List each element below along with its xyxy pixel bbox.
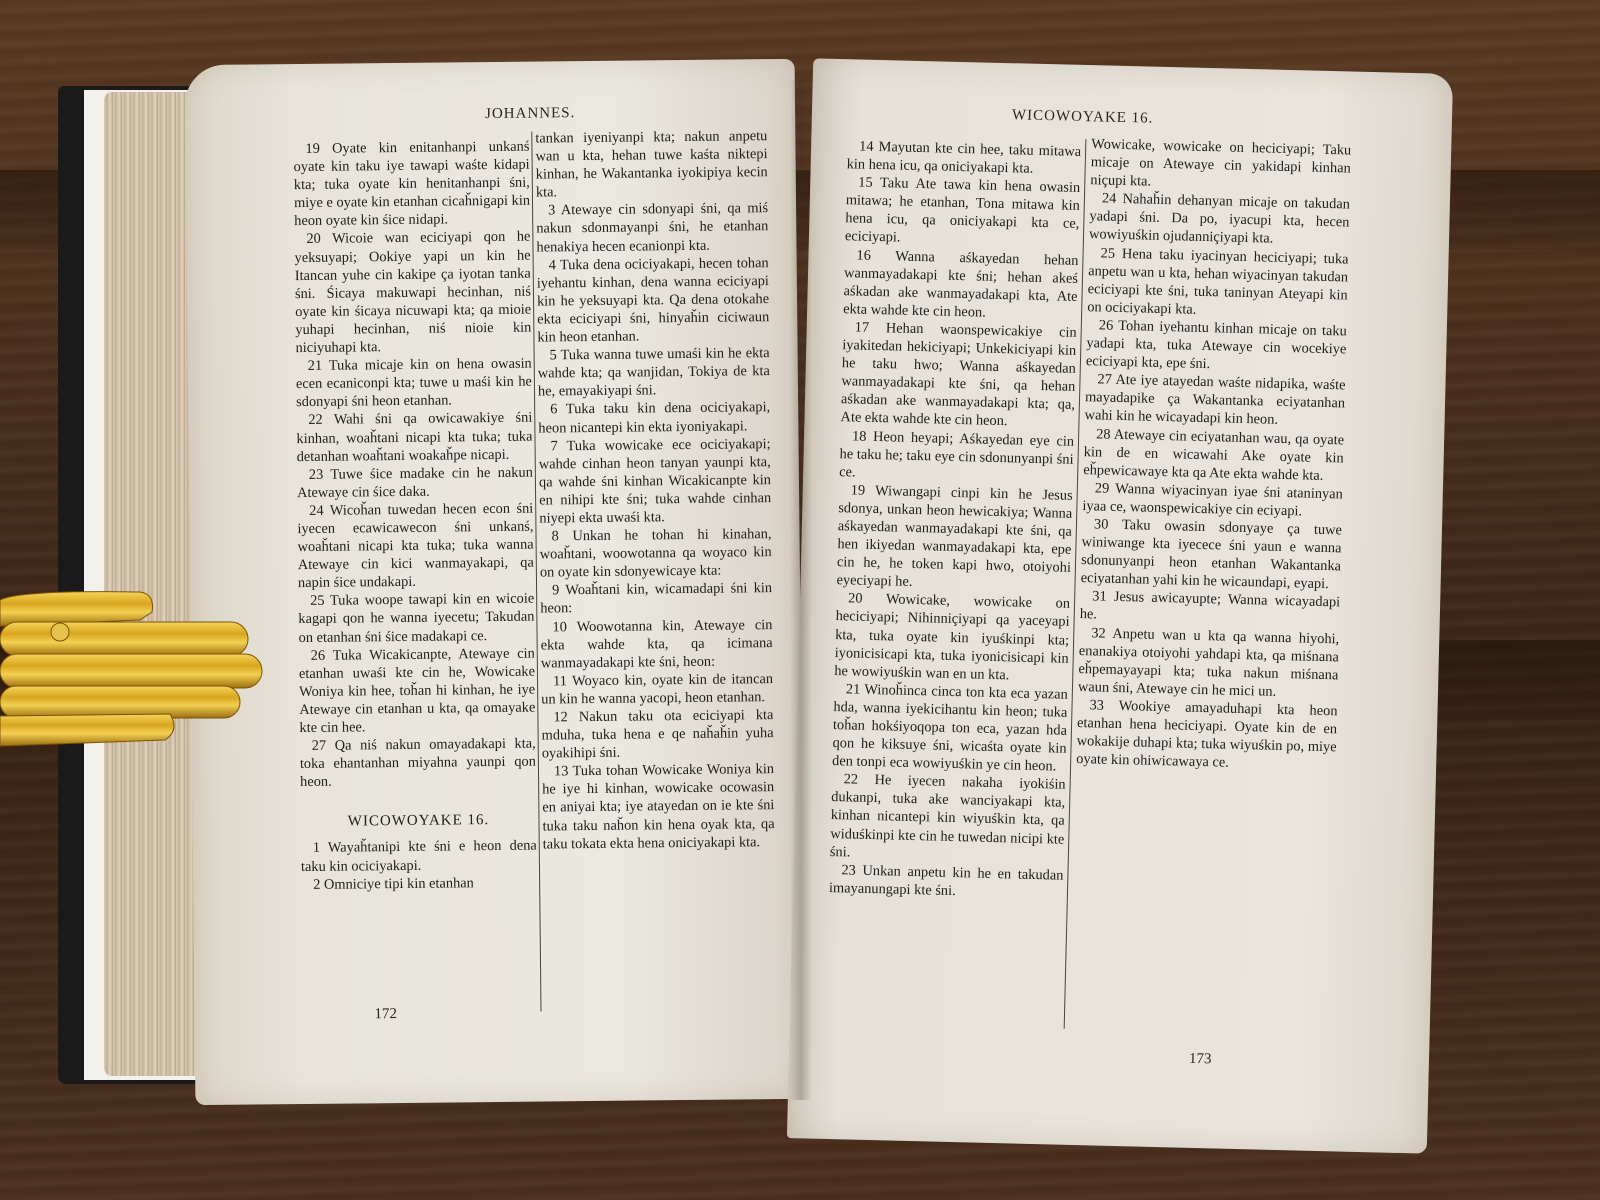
verse: 6 Tuka taku kin dena ociciyakapi, heon n… bbox=[538, 399, 770, 438]
verse: 20 Wowicake, wowicake on heciciyapi; Nih… bbox=[834, 589, 1070, 685]
verse: 18 Heon heyapi; Aśkayedan eye cin he tak… bbox=[839, 427, 1074, 487]
verse: 5 Tuka wanna tuwe umaśi kin he ekta wahd… bbox=[538, 344, 771, 401]
verse: 2 Omniciye tipi kin etanhan bbox=[301, 873, 537, 894]
verse: 26 Tuka Wicakicanpte, Atewaye cin etanha… bbox=[299, 644, 536, 737]
right-page: WICOWOYAKE 16. 14 Mayutan kte cin hee, t… bbox=[787, 58, 1453, 1153]
verse: 26 Tohan iyehantu kinhan micaje on taku … bbox=[1086, 316, 1347, 377]
verse: 21 Tuka micaje kin on hena owasin ecen e… bbox=[296, 355, 533, 412]
verse: 22 Wahi śni qa owicawakiye śni kinhan, w… bbox=[296, 409, 533, 466]
verse: 25 Hena taku iyacinyan heciciyapi; tuka … bbox=[1087, 244, 1349, 323]
verse: tankan iyeniyanpi kta; nakun anpetu wan … bbox=[535, 127, 768, 202]
brass-hand-page-holder-icon bbox=[0, 590, 265, 760]
verse: 19 Oyate kin enitanhanpi unkanś oyate ki… bbox=[293, 138, 530, 231]
verse: 21 Winoȟinca cinca ton kta eca yazan hda… bbox=[832, 680, 1068, 776]
running-head: JOHANNES. bbox=[485, 105, 575, 123]
verse: 8 Unkan he tohan hi kinahan, woaȟtani, w… bbox=[539, 525, 772, 582]
verse: 23 Tuwe śice madake cin he nakun Atewaye… bbox=[297, 463, 533, 502]
verse: 13 Tuka tohan Wowicake Woniya kin he iye… bbox=[542, 760, 775, 853]
verse: 10 Woowotanna kin, Atewaye cin ekta wahd… bbox=[540, 616, 773, 673]
text-column-right: tankan iyeniyanpi kta; nakun anpetu wan … bbox=[535, 127, 775, 853]
running-head: WICOWOYAKE 16. bbox=[1012, 107, 1154, 127]
verse: 30 Taku owasin sdonyaye ça tuwe winiwang… bbox=[1080, 515, 1342, 594]
verse: 9 Woaȟtani kin, wicamadapi śni kin heon: bbox=[540, 579, 772, 618]
verse: 32 Anpetu wan u kta qa wanna hiyohi, ena… bbox=[1078, 624, 1340, 703]
verse: 16 Wanna aśkayedan hehan wanmayadakapi k… bbox=[843, 246, 1079, 324]
verse: 12 Nakun taku ota eciciyapi kta mduha, t… bbox=[541, 706, 774, 763]
verse: 22 He iyecen nakaha iyokiśin dukanpi, tu… bbox=[830, 770, 1066, 866]
verse: 3 Atewaye cin sdonyapi śni, qa miś nakun… bbox=[536, 199, 769, 256]
verse: 28 Atewaye cin eciyatanhan wau, qa oyate… bbox=[1083, 425, 1344, 486]
left-page: JOHANNES. 19 Oyate kin enitanhanpi unkan… bbox=[185, 59, 806, 1105]
verse: 1 Wayaȟtanipi kte śni e heon dena taku k… bbox=[301, 837, 537, 876]
text-column-left: 14 Mayutan kte cin hee, taku mitawa kin … bbox=[829, 137, 1081, 902]
verse: 14 Mayutan kte cin hee, taku mitawa kin … bbox=[846, 137, 1081, 179]
verse: 27 Ate iye atayedan waśte nidapika, waśt… bbox=[1084, 370, 1345, 431]
verse: 24 Wicoȟan tuwedan hecen econ śni iyecen… bbox=[297, 499, 534, 592]
text-column-left: 19 Oyate kin enitanhanpi unkanś oyate ki… bbox=[293, 138, 537, 894]
verse: 11 Woyaco kin, oyate kin de itancan un k… bbox=[541, 670, 773, 709]
verse: 15 Taku Ate tawa kin hena owasin mitawa;… bbox=[845, 173, 1081, 251]
verse: 19 Wiwangapi cinpi kin he Jesus sdonya, … bbox=[836, 481, 1073, 595]
chapter-heading: WICOWOYAKE 16. bbox=[300, 811, 536, 832]
verse: Wowicake, wowicake on heciciyapi; Taku m… bbox=[1090, 135, 1351, 196]
verse: 23 Unkan anpetu kin he en takudan imayan… bbox=[829, 861, 1064, 903]
verse: 27 Qa niś nakun omayadakapi kta, toka eh… bbox=[300, 735, 537, 792]
page-number: 172 bbox=[374, 1006, 397, 1023]
book-gutter bbox=[790, 80, 812, 1100]
verse: 33 Wookiye amayaduhapi kta heon etanhan … bbox=[1076, 696, 1338, 775]
verse: 7 Tuka wowicake ece ociciyakapi; wahde c… bbox=[538, 435, 771, 528]
verse: 29 Wanna wiyacinyan iyae śni ataninyan i… bbox=[1082, 479, 1343, 522]
verse: 24 Nahaȟin dehanyan micaje on takudan ya… bbox=[1089, 189, 1350, 250]
verse: 17 Hehan waonspewicakiye cin iyakitedan … bbox=[840, 318, 1077, 432]
verse: 25 Tuka woope tawapi kin en wicoie kagap… bbox=[298, 590, 535, 647]
page-number: 173 bbox=[1189, 1051, 1212, 1069]
text-column-right: Wowicake, wowicake on heciciyapi; Taku m… bbox=[1076, 135, 1351, 774]
verse: 20 Wicoie wan eciciyapi qon he yeksuyapi… bbox=[294, 228, 531, 357]
verse: 4 Tuka dena ociciyakapi, hecen tohan iye… bbox=[537, 254, 770, 347]
